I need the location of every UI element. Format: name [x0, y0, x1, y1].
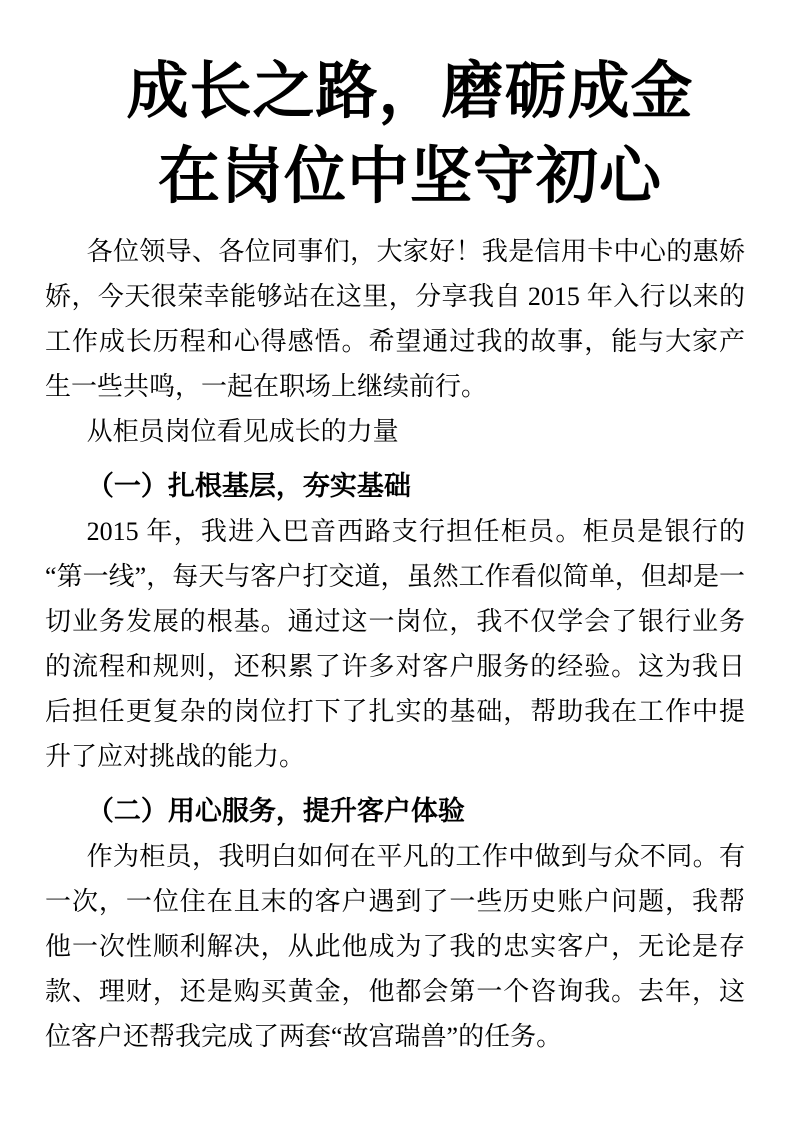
- section-heading: （一）扎根基层，夯实基础: [45, 464, 745, 509]
- document-title-line-1: 成长之路，磨砺成金: [75, 50, 745, 135]
- document-page: 成长之路，磨砺成金 在岗位中坚守初心 各位领导、各位同事们，大家好！我是信用卡中…: [0, 0, 793, 1122]
- paragraph: 各位领导、各位同事们，大家好！我是信用卡中心的惠娇娇，今天很荣幸能够站在这里，分…: [45, 229, 745, 409]
- paragraph: 2015 年，我进入巴音西路支行担任柜员。柜员是银行的“第一线”，每天与客户打交…: [45, 509, 745, 779]
- paragraph: 从柜员岗位看见成长的力量: [45, 409, 745, 454]
- document-title-line-2: 在岗位中坚守初心: [75, 135, 745, 220]
- section-heading: （二）用心服务，提升客户体验: [45, 789, 745, 834]
- paragraph: 作为柜员，我明白如何在平凡的工作中做到与众不同。有一次，一位住在且末的客户遇到了…: [45, 834, 745, 1059]
- document-body: 各位领导、各位同事们，大家好！我是信用卡中心的惠娇娇，今天很荣幸能够站在这里，分…: [45, 229, 745, 1059]
- document-title: 成长之路，磨砺成金 在岗位中坚守初心: [75, 50, 745, 220]
